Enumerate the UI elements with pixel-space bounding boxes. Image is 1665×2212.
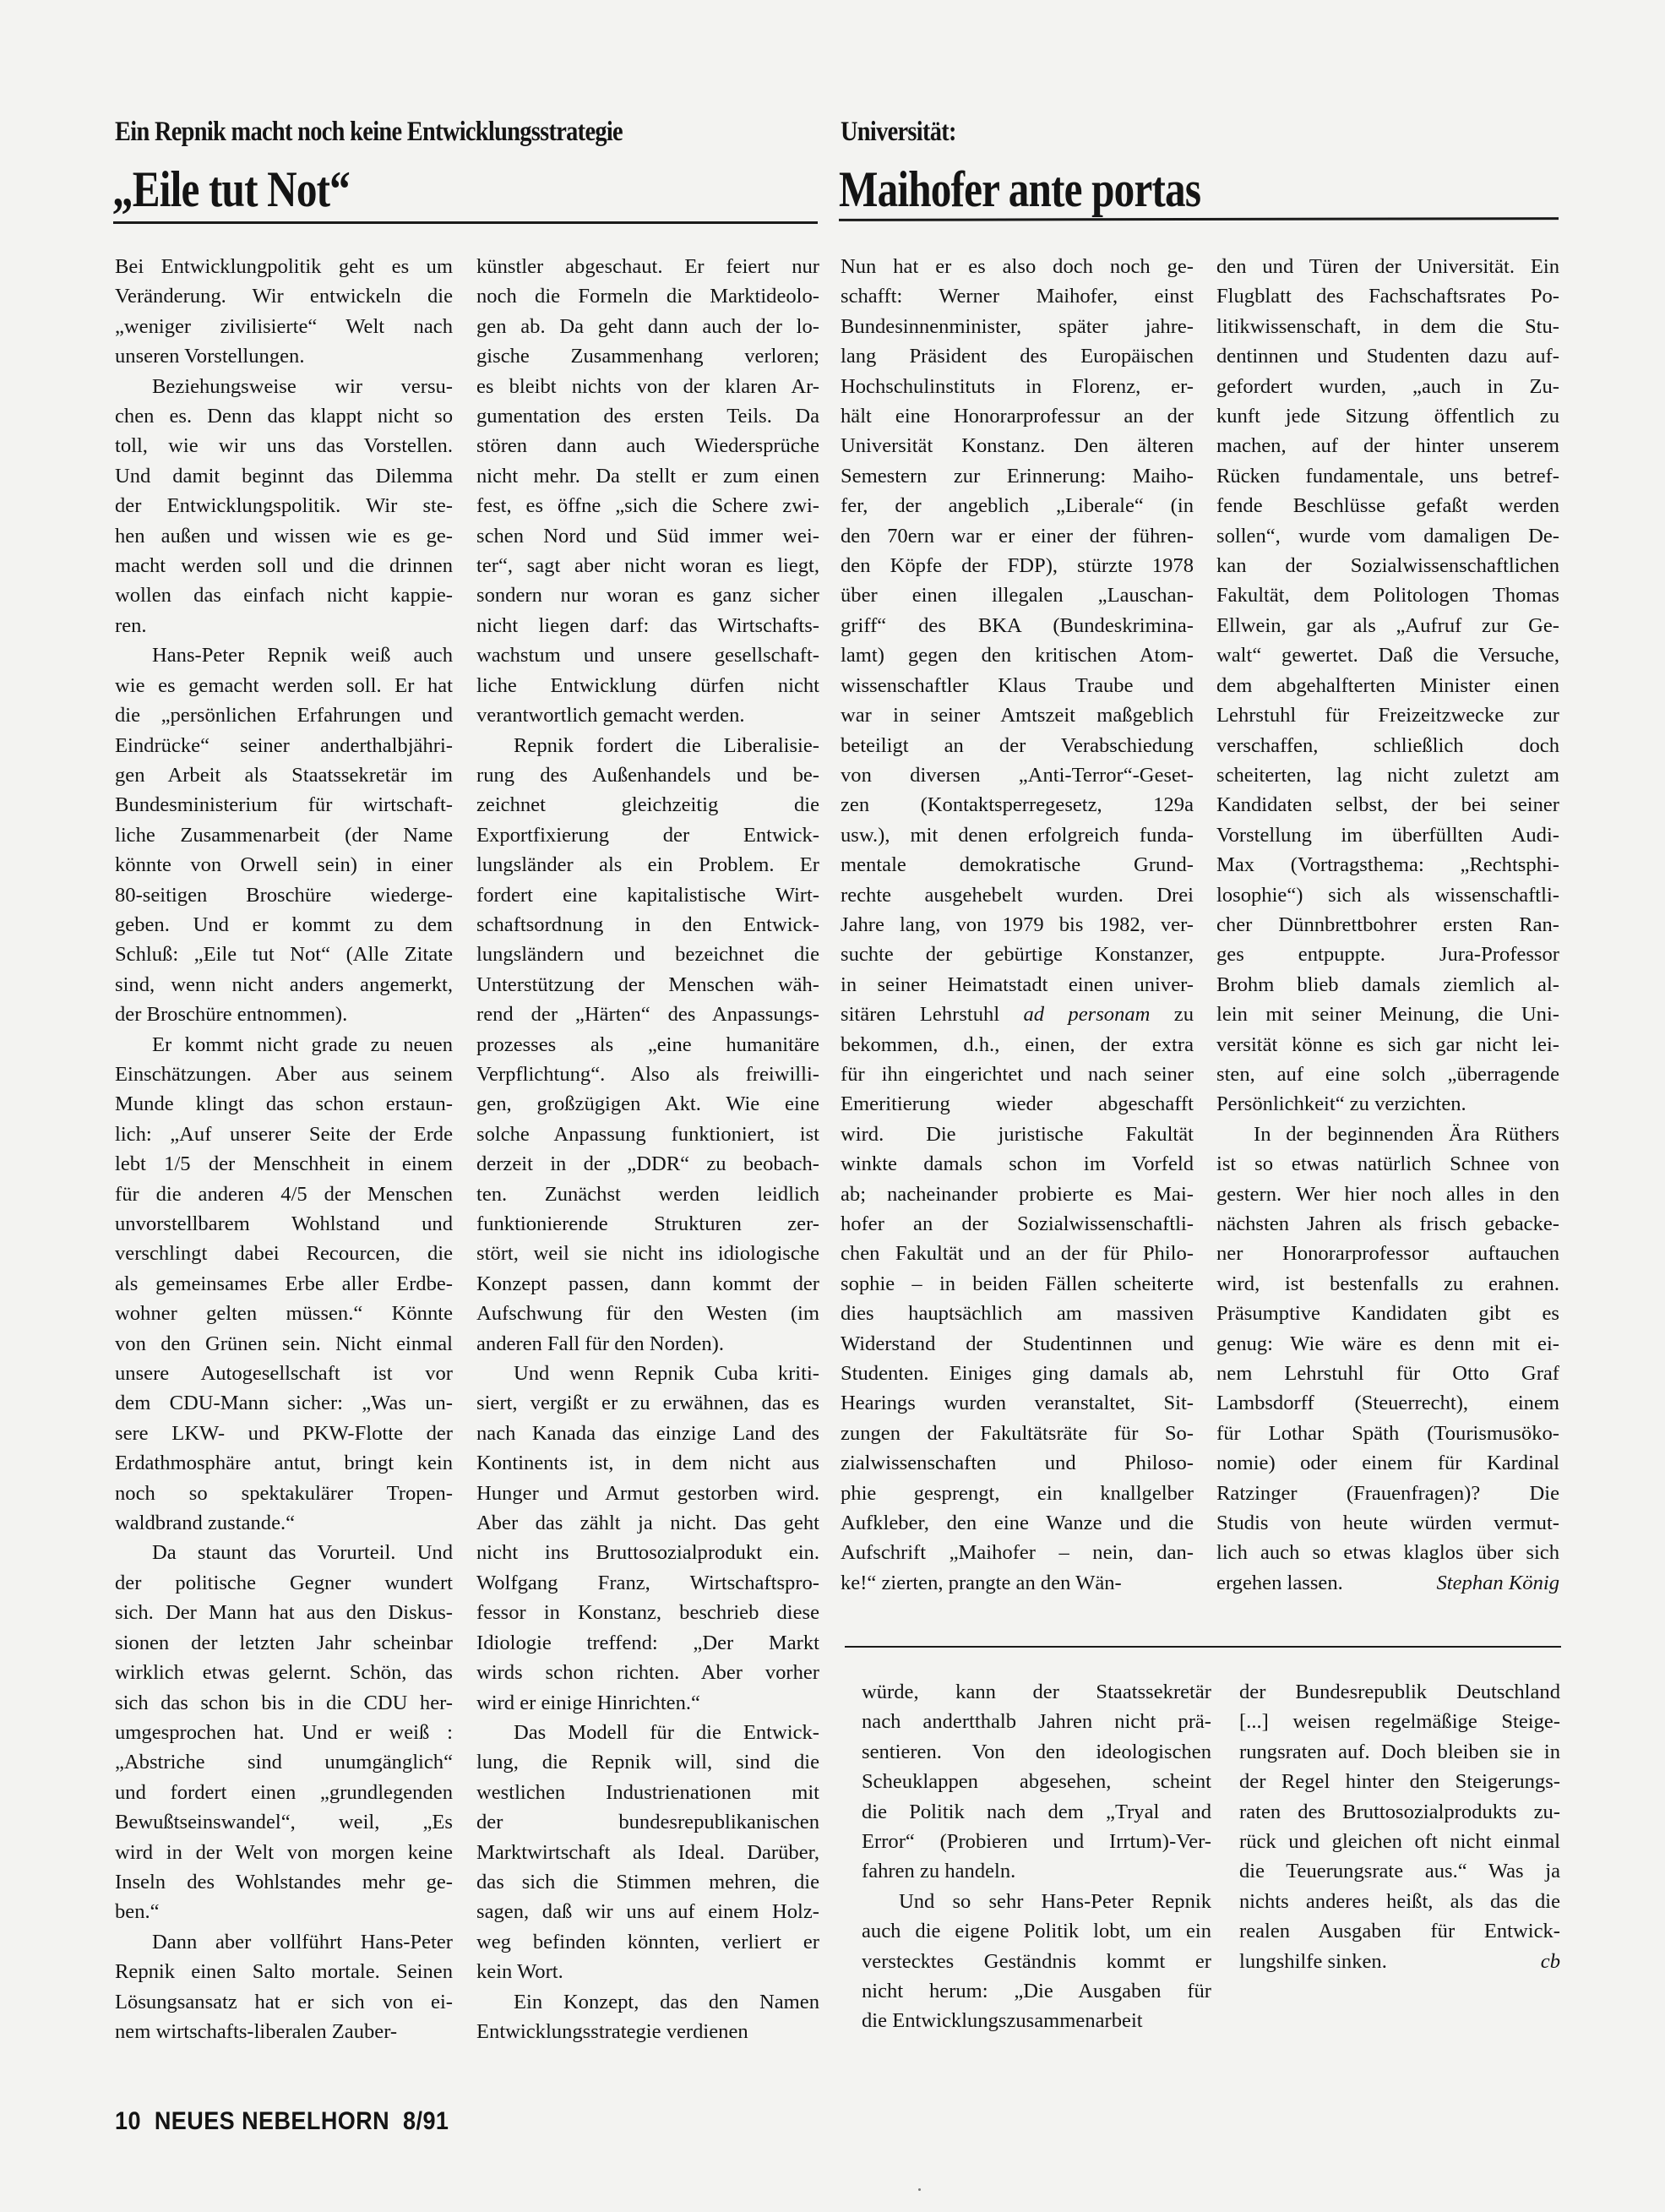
text-line: verstecktes Geständnis kommt er [862,1947,1211,1976]
text-line: wirklich etwas gelernt. Schön, das [115,1658,453,1687]
text-line: rechte ausgehebelt wurden. Drei [841,880,1194,910]
text-line: nicht liegen darf: das Wirtschafts- [476,611,819,640]
paragraph: Ein Konzept, das den NamenEntwicklungsst… [476,1987,819,2047]
text-line: Inseln des Wohlstandes mehr ge- [115,1867,453,1897]
text-line: zialwissenschaften und Philoso- [841,1448,1194,1478]
text-line: gen, großzügigen Akt. Wie eine [476,1089,819,1119]
text-line: Lambsdorff (Steuerrecht), einem [1216,1388,1559,1418]
text-line: Er kommt nicht grade zu neuen [115,1030,453,1060]
text-line: Repnik fordert die Liberalisie- [476,731,819,760]
text-line: wie es gemacht werden soll. Er hat [115,671,453,700]
paragraph: würde, kann der Staatssekretärnach ander… [862,1677,1211,1887]
text-line: unseren Vorstellungen. [115,341,453,371]
left-article-column-4: der Bundesrepublik Deutschland[...] weis… [1239,1677,1560,1976]
text-line: hält eine Honorarprofessur an der [841,401,1194,431]
text-line: geben. Und er kommt zu dem [115,910,453,940]
text-line: Brohm blieb damals ziemlich al- [1216,970,1559,1000]
text-line: könnte von Orwell sein) in einer [115,850,453,880]
text-line: Kontinents ist, in dem nicht aus [476,1448,819,1478]
text-line: Vorstellung im überfüllten Audi- [1216,820,1559,850]
text-line: Erdathmosphäre antut, bringt kein [115,1448,453,1478]
text-line: verschlingt dabei Recourcen, die [115,1239,453,1268]
right-headline-rule [839,217,1559,221]
text-line: funktionierende Strukturen zer- [476,1209,819,1239]
text-line: nem Lehrstuhl für Otto Graf [1216,1359,1559,1388]
text-line: derzeit in der „DDR“ zu beobach- [476,1149,819,1179]
paragraph: Repnik fordert die Liberalisie-rung des … [476,731,819,1359]
text-line: wachstum und unsere gesellschaft- [476,640,819,670]
text-line: realen Ausgaben für Entwick- [1239,1916,1560,1946]
text-line: die Entwicklungszusammenarbeit [862,2006,1211,2035]
text-line: Beziehungsweise wir versu- [115,372,453,401]
text-line: Ein Konzept, das den Namen [476,1987,819,2017]
text-line: bekommen, d.h., einen, der extra [841,1030,1194,1060]
article-separator-rule [845,1646,1561,1648]
text-line: Aber das zählt ja nicht. Das geht [476,1508,819,1538]
text-line: sophie – in beiden Fällen scheiterte [841,1269,1194,1299]
text-line: dem CDU-Mann sicher: „Was un- [115,1388,453,1418]
text-line: scheiterten, lag nicht zuletzt am [1216,760,1559,790]
text-line: beteiligt an der Verabschiedung [841,731,1194,760]
text-line: losophie“) sich als wissenschaftli- [1216,880,1559,910]
text-line: lich auch so etwas klaglos über sich [1216,1538,1559,1567]
left-article-column-1: Bei Entwicklungpolitik geht es umVerände… [115,252,453,2046]
text-line: Verpflichtung“. Also als freiwilli- [476,1060,819,1089]
page-footer: 10 NEUES NEBELHORN 8/91 [115,2107,449,2136]
text-line: ges entpuppte. Jura-Professor [1216,940,1559,969]
author-signature: Stephan König [1436,1568,1559,1598]
text-line: westlichen Industrienationen mit [476,1778,819,1807]
text-line: nicht herum: „Die Ausgaben für [862,1976,1211,2006]
text-line: der politische Gegner wundert [115,1568,453,1598]
text-line: anderen Fall für den Norden). [476,1329,819,1359]
paragraph: Und so sehr Hans-Peter Repnikauch die ei… [862,1887,1211,2036]
text-line: versität könne es sich gar nicht lei- [1216,1030,1559,1060]
paragraph: In der beginnenden Ära Rüthersist so etw… [1216,1120,1559,1599]
text-line: von diversen „Anti-Terror“-Geset- [841,760,1194,790]
text-line: fessor in Konstanz, beschrieb diese [476,1598,819,1627]
text-line: Hans-Peter Repnik weiß auch [115,640,453,670]
text-line: Jahre lang, von 1979 bis 1982, ver- [841,910,1194,940]
text-line: Exportfixierung der Entwick- [476,820,819,850]
text-line: Munde klingt das schon erstaun- [115,1089,453,1119]
text-line: In der beginnenden Ära Rüthers [1216,1120,1559,1149]
text-line: lang Präsident des Europäischen [841,341,1194,371]
text-line: der bundesrepublikanischen [476,1807,819,1837]
text-line: nichts anderes heißt, als das die [1239,1887,1560,1916]
text-line: Bundesministerium für wirtschaft- [115,790,453,820]
text-line: Kandidaten selbst, der bei seiner [1216,790,1559,820]
text-line: lich: „Auf unserer Seite der Erde [115,1120,453,1149]
text-line: lein mit seiner Meinung, die Uni- [1216,1000,1559,1029]
left-article-kicker: Ein Repnik macht noch keine Entwicklungs… [115,117,623,148]
text-line: Rücken fundamentale, uns betref- [1216,461,1559,491]
text-line: ist so etwas natürlich Schnee von [1216,1149,1559,1179]
text-line: siert, vergißt er zu erwähnen, das es [476,1388,819,1418]
text-line: nächsten Jahren als frisch gebacke- [1216,1209,1559,1239]
text-line: ke!“ zierten, prangte an den Wän- [841,1568,1194,1598]
text-line: Aufkleber, den eine Wanze und die [841,1508,1194,1538]
text-line: wird. Die juristische Fakultät [841,1120,1194,1149]
left-headline-rule [113,221,818,224]
text-line: Bei Entwicklungpolitik geht es um [115,252,453,281]
text-line: fordert eine kapitalistische Wirt- [476,880,819,910]
paragraph: der Bundesrepublik Deutschland[...] weis… [1239,1677,1560,1976]
left-article-column-3: würde, kann der Staatssekretärnach ander… [862,1677,1211,2036]
text-line: der Broschüre entnommen). [115,1000,453,1029]
text-line: usw.), mit denen erfolgreich funda- [841,820,1194,850]
text-line: für Lothar Späth (Tourismusöko- [1216,1419,1559,1448]
publication-name: NEUES NEBELHORN [155,2107,389,2135]
text-line: sind, wenn nicht anders angemerkt, [115,970,453,1000]
text-line: Nun hat er es also doch noch ge- [841,252,1194,281]
text-line: Aufschrift „Maihofer – nein, dan- [841,1538,1194,1567]
text-line: Studenten. Einiges ging damals ab, [841,1359,1194,1388]
text-line: Ratzinger (Frauenfragen)? Die [1216,1479,1559,1508]
text-line: cher Dünnbrettbohrer ersten Ran- [1216,910,1559,940]
text-line: verantwortlich gemacht werden. [476,700,819,730]
text-line: auch die eigene Politik lobt, um ein [862,1916,1211,1946]
text-line: sich das schon bis in die CDU her- [115,1688,453,1718]
text-line: kan der Sozialwissenschaftlichen [1216,551,1559,580]
text-line: zeichnet gleichzeitig die [476,790,819,820]
text-line: Da staunt das Vorurteil. Und [115,1538,453,1567]
text-line: lung, die Repnik will, sind die [476,1747,819,1777]
text-line: kein Wort. [476,1957,819,1986]
text-line: liche Zusammenarbeit (der Name [115,820,453,850]
text-line: rück und gleichen oft nicht einmal [1239,1827,1560,1856]
text-line: wissenschaftler Klaus Traube und [841,671,1194,700]
paragraph: Nun hat er es also doch noch ge-schafft:… [841,252,1194,1598]
text-line: Idiologie treffend: „Der Markt [476,1628,819,1658]
text-line: genug: Wie wäre es denn mit ei- [1216,1329,1559,1359]
text-line: nach Kanada das einzige Land des [476,1419,819,1448]
text-line: Hochschulinstituts in Florenz, er- [841,372,1194,401]
text-line: dies hauptsächlich am massiven [841,1299,1194,1328]
text-line: Konzept passen, dann kommt der [476,1269,819,1299]
text-line: in seiner Heimatstadt einen univer- [841,970,1194,1000]
text-line: walt“ gewertet. Daß die Versuche, [1216,640,1559,670]
left-article-headline: „Eile tut Not“ [112,161,350,219]
text-line: Ellwein, gar als „Aufruf zur Ge- [1216,611,1559,640]
text-line: toll, wie wir uns das Vorstellen. [115,431,453,460]
text-line: nicht mehr. Da stellt er zum einen [476,461,819,491]
newspaper-page: Ein Repnik macht noch keine Entwicklungs… [0,0,1665,2212]
text-line: rungsraten auf. Doch bleiben sie in [1239,1737,1560,1767]
text-line: wirds schon richten. Aber vorher [476,1658,819,1687]
text-line: Hearings wurden veranstaltet, Sit- [841,1388,1194,1418]
text-line: Und so sehr Hans-Peter Repnik [862,1887,1211,1916]
text-line: schaftsordnung in den Entwick- [476,910,819,940]
text-line: nach andertthalb Jahren nicht prä- [862,1707,1211,1736]
text-line: Präsumptive Kandidaten gibt es [1216,1299,1559,1328]
text-line: Veränderung. Wir entwickeln die [115,281,453,311]
text-line: Wolfgang Franz, Wirtschaftspro- [476,1568,819,1598]
text-line: solche Anpassung funktioniert, ist [476,1120,819,1149]
text-line: unvorstellbarem Wohlstand und [115,1209,453,1239]
text-line: wollen das einfach nicht kappie- [115,580,453,610]
text-line: ab; nacheinander probierte es Mai- [841,1180,1194,1209]
text-line: dem abgehalfterten Minister einen [1216,671,1559,700]
text-line: fahren zu handeln. [862,1856,1211,1886]
text-line: sollen“, wurde vom damaligen De- [1216,521,1559,551]
text-line: für die anderen 4/5 der Menschen [115,1180,453,1209]
text-line: Max (Vortragsthema: „Rechtsphi- [1216,850,1559,880]
text-line: 80-seitigen Broschüre wiederge- [115,880,453,910]
text-line: liche Entwicklung dürfen nicht [476,671,819,700]
text-line: war in seiner Amtszeit maßgeblich [841,700,1194,730]
text-line: Fakultät, dem Politologen Thomas [1216,580,1559,610]
text-line: machen, auf der hinter unserem [1216,431,1559,460]
text-line: suchte der gebürtige Konstanzer, [841,940,1194,969]
text-line: prozesses als „eine humanitäre [476,1030,819,1060]
text-line: von den Grünen sein. Nicht einmal [115,1329,453,1359]
text-line: der Regel hinter den Steigerungs- [1239,1767,1560,1796]
text-line: mentale demokratische Grund- [841,850,1194,880]
right-article-headline: Maihofer ante portas [839,161,1200,219]
paragraph: Beziehungsweise wir versu-chen es. Denn … [115,372,453,641]
text-line: sentieren. Von den ideologischen [862,1737,1211,1767]
text-line: wird, ist bestenfalls zu erahnen. [1216,1269,1559,1299]
text-line: Entwicklungsstrategie verdienen [476,2017,819,2046]
text-line: schafft: Werner Maihofer, einst [841,281,1194,311]
right-article-column-2: den und Türen der Universität. EinFlugbl… [1216,252,1559,1598]
text-line: künstler abgeschaut. Er feiert nur [476,252,819,281]
text-line: fende Beschlüsse gefaßt werden [1216,491,1559,520]
text-line: Und wenn Repnik Cuba kriti- [476,1359,819,1388]
text-line: lungsländern und bezeichnet die [476,940,819,969]
text-line: fest, es öffne „sich die Schere zwi- [476,491,819,520]
left-article-column-2: künstler abgeschaut. Er feiert nurnoch d… [476,252,819,2046]
text-line: gestern. Wer hier noch alles in den [1216,1180,1559,1209]
text-line: Universität Konstanz. Den älteren [841,431,1194,460]
paragraph: Und wenn Repnik Cuba kriti-siert, vergiß… [476,1359,819,1718]
text-line: Eindrücke“ seiner anderthalbjähri- [115,731,453,760]
text-line: Studis von heute würden vermut- [1216,1508,1559,1538]
text-line: chen Fakultät und an der für Philo- [841,1239,1194,1268]
text-line: die Teuerungsrate aus.“ Was ja [1239,1856,1560,1886]
text-line: Lösungsansatz hat er sich von ei- [115,1987,453,2017]
text-line: der Entwicklungspolitik. Wir ste- [115,491,453,520]
paragraph: Das Modell für die Entwick-lung, die Rep… [476,1718,819,1987]
text-line: schen Nord und Süd immer wei- [476,521,819,551]
text-line: sich. Der Mann hat aus den Diskus- [115,1598,453,1627]
text-line: das sich die Stimmen mehren, die [476,1867,819,1897]
text-line: wohner gelten müssen.“ Könnte [115,1299,453,1328]
text-line: „Abstriche sind unumgänglich“ [115,1747,453,1777]
text-line: ben.“ [115,1897,453,1926]
text-line: rung des Außenhandels und be- [476,760,819,790]
text-line: chen es. Denn das klappt nicht so [115,401,453,431]
text-line: ner Honorarprofessor auftauchen [1216,1239,1559,1268]
text-line: nicht ins Bruttosozialprodukt ein. [476,1538,819,1567]
text-line: litikwissenschaft, in dem die Stu- [1216,312,1559,341]
text-line: lungsländer als ein Problem. Er [476,850,819,880]
text-line: sitären Lehrstuhl ad personam zu [841,1000,1194,1029]
print-speck [918,2188,921,2191]
paragraph: Hans-Peter Repnik weiß auchwie es gemach… [115,640,453,1029]
paragraph: Bei Entwicklungpolitik geht es umVerände… [115,252,453,372]
text-line: lamt) gegen den kritischen Atom- [841,640,1194,670]
text-line: ten. Zunächst werden leidlich [476,1180,819,1209]
text-line: noch so spektakulärer Tropen- [115,1479,453,1508]
text-line: gumentation des ersten Teils. Da [476,401,819,431]
text-line: Unterstützung der Menschen wäh- [476,970,819,1000]
text-line: Lehrstuhl für Freizeitzwecke zur [1216,700,1559,730]
author-signature: cb [1541,1947,1560,1976]
text-line: fer, der angeblich „Liberale“ (in [841,491,1194,520]
text-line: griff“ des BKA (Bundeskrimina- [841,611,1194,640]
text-line: würde, kann der Staatssekretär [862,1677,1211,1707]
text-line: den und Türen der Universität. Ein [1216,252,1559,281]
text-line: Emeritierung wieder abgeschafft [841,1089,1194,1119]
text-line: sondern nur woran es ganz sicher [476,580,819,610]
text-line: weg befinden könnten, verliert er [476,1927,819,1957]
text-line: ter“, sagt aber nicht woran es liegt, [476,551,819,580]
text-line: Repnik einen Salto mortale. Seinen [115,1957,453,1986]
text-line: verschaffen, schließlich doch [1216,731,1559,760]
text-line: ren. [115,611,453,640]
text-line: Das Modell für die Entwick- [476,1718,819,1747]
text-line: Persönlichkeit“ zu verzichten. [1216,1089,1559,1119]
text-line: unsere Autogesellschaft ist vor [115,1359,453,1388]
text-line: raten des Bruttosozialprodukts zu- [1239,1797,1560,1827]
text-line: kunft jede Sitzung öffentlich zu [1216,401,1559,431]
text-line: nem wirtschafts-liberalen Zauber- [115,2017,453,2046]
text-line: gen Arbeit als Staatssekretär im [115,760,453,790]
text-line: lungshilfe sinken.cb [1239,1947,1560,1976]
text-line: gische Zusammenhang verloren; [476,341,819,371]
text-line: wird in der Welt von morgen keine [115,1838,453,1867]
text-line: Aufschwung für den Westen (im [476,1299,819,1328]
text-line: umgesprochen hat. Und er weiß : [115,1718,453,1747]
text-line: Schluß: „Eile tut Not“ (Alle Zitate [115,940,453,969]
text-line: ergehen lassen.Stephan König [1216,1568,1559,1598]
text-line: Und damit beginnt das Dilemma [115,461,453,491]
text-line: rend der „Härten“ des Anpassungs- [476,1000,819,1029]
text-line: hofer an der Sozialwissenschaftli- [841,1209,1194,1239]
paragraph: Da staunt das Vorurteil. Undder politisc… [115,1538,453,1926]
right-article-kicker: Universität: [841,117,956,148]
paragraph: Er kommt nicht grade zu neuenEinschätzun… [115,1030,453,1539]
text-line: Hunger und Armut gestorben wird. [476,1479,819,1508]
text-line: dentinnen und Studenten dazu auf- [1216,341,1559,371]
text-line: gefordert wurden, „auch in Zu- [1216,372,1559,401]
text-line: wird er einige Hinrichten.“ [476,1688,819,1718]
text-line: winkte damals schon im Vorfeld [841,1149,1194,1179]
page-number: 10 [115,2107,141,2135]
text-line: die „persönlichen Erfahrungen und [115,700,453,730]
text-line: nomie) oder einem für Kardinal [1216,1448,1559,1478]
text-line: über einen illegalen „Lauschan- [841,580,1194,610]
text-line: Bewußtseinswandel“, weil, „Es [115,1807,453,1837]
text-line: sionen der letzten Jahr scheinbar [115,1628,453,1658]
text-line: den 70ern war er einer der führen- [841,521,1194,551]
text-line: [...] weisen regelmäßige Steige- [1239,1707,1560,1736]
text-line: Scheuklappen abgesehen, scheint [862,1767,1211,1796]
text-line: die Politik nach dem „Tryal and [862,1797,1211,1827]
text-line: stören dann auch Wiedersprüche [476,431,819,460]
text-line: noch die Formeln die Marktideolo- [476,281,819,311]
text-line: es bleibt nichts von der klaren Ar- [476,372,819,401]
text-line: phie gesprengt, ein knallgelber [841,1479,1194,1508]
issue-number: 8/91 [403,2107,449,2135]
text-line: als gemeinsames Erbe aller Erdbe- [115,1269,453,1299]
text-line: Widerstand der Studentinnen und [841,1329,1194,1359]
text-line: Marktwirtschaft als Ideal. Darüber, [476,1838,819,1867]
text-line: macht werden soll und die drinnen [115,551,453,580]
text-line: zungen der Fakultätsräte für So- [841,1419,1194,1448]
text-line: waldbrand zustande.“ [115,1508,453,1538]
text-line: und fordert einen „grundlegenden [115,1778,453,1807]
text-line: hen außen und wissen wie es ge- [115,521,453,551]
text-line: für ihn eingerichtet und nach seiner [841,1060,1194,1089]
text-line: gen ab. Da geht dann auch der lo- [476,312,819,341]
text-line: sten, auf eine solch „überragende [1216,1060,1559,1089]
paragraph: künstler abgeschaut. Er feiert nurnoch d… [476,252,819,731]
text-line: sere LKW- und PKW-Flotte der [115,1419,453,1448]
text-line: „weniger zivilisierte“ Welt nach [115,312,453,341]
right-article-column-1: Nun hat er es also doch noch ge-schafft:… [841,252,1194,1598]
text-line: Bundesinnenminister, später jahre- [841,312,1194,341]
paragraph: den und Türen der Universität. EinFlugbl… [1216,252,1559,1120]
text-line: Error“ (Probieren und Irrtum)-Ver- [862,1827,1211,1856]
text-line: Dann aber vollführt Hans-Peter [115,1927,453,1957]
text-line: den Köpfe der FDP), stürzte 1978 [841,551,1194,580]
text-line: sagen, daß wir uns auf einem Holz- [476,1897,819,1926]
text-line: Semestern zur Erinnerung: Maiho- [841,461,1194,491]
text-line: Einschätzungen. Aber aus seinem [115,1060,453,1089]
text-line: lebt 1/5 der Menschheit in einem [115,1149,453,1179]
paragraph: Dann aber vollführt Hans-PeterRepnik ein… [115,1927,453,2047]
text-line: der Bundesrepublik Deutschland [1239,1677,1560,1707]
text-line: zen (Kontaktsperregesetz, 129a [841,790,1194,820]
text-line: Flugblatt des Fachschaftsrates Po- [1216,281,1559,311]
text-line: stört, weil sie nicht ins idiologische [476,1239,819,1268]
